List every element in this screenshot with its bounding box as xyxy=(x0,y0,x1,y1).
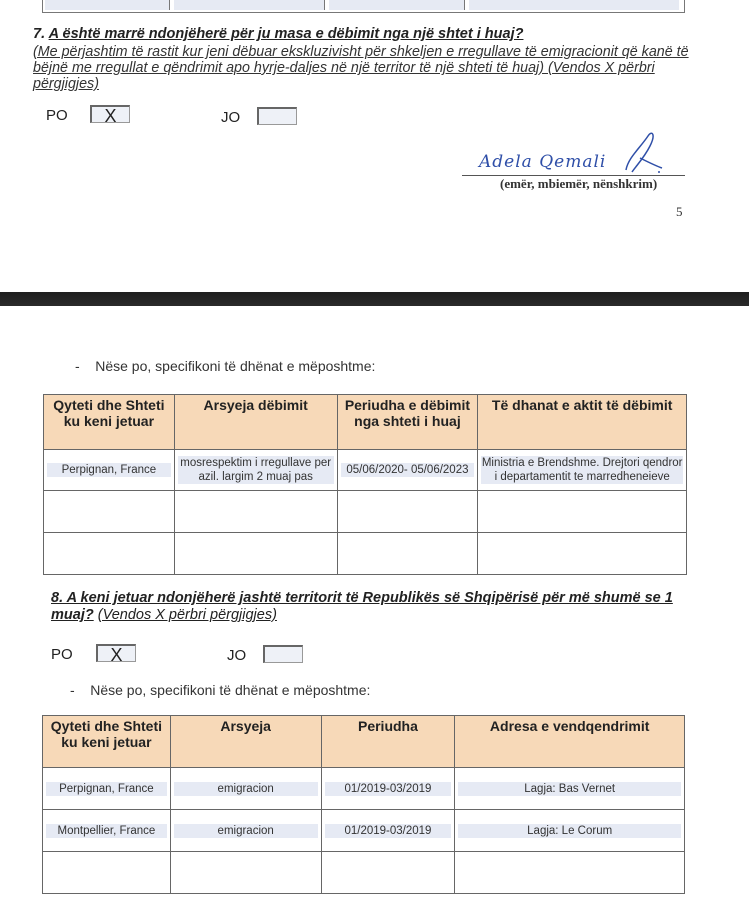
table-cell[interactable] xyxy=(44,491,175,533)
table-cell[interactable] xyxy=(321,852,455,894)
header-reason: Arsyeja xyxy=(170,716,321,768)
page-number: 5 xyxy=(676,204,683,220)
cell-text: Lagja: Bas Vernet xyxy=(458,782,681,796)
table-cell[interactable]: Lagja: Bas Vernet xyxy=(455,768,685,810)
question-7-title: 7. A është marrë ndonjëherë për ju masa … xyxy=(33,26,693,42)
q7-followup-instruction: - Nëse po, specifikoni të dhënat e mëpos… xyxy=(75,358,375,374)
cell-text: 01/2019-03/2019 xyxy=(325,782,452,796)
table-cell[interactable] xyxy=(337,491,478,533)
table-row xyxy=(43,852,685,894)
q8-checkbox-po[interactable]: X xyxy=(96,644,136,662)
q8-checkbox-jo[interactable] xyxy=(263,645,303,663)
q8-option-po-label: PO xyxy=(51,646,73,663)
cell-text: 05/06/2020- 05/06/2023 xyxy=(341,463,475,477)
header-act-details: Të dhanat e aktit të dëbimit xyxy=(478,395,687,450)
checkbox-jo[interactable] xyxy=(257,107,297,125)
table-row xyxy=(44,533,687,575)
table-cell[interactable] xyxy=(478,491,687,533)
table-cell[interactable]: 05/06/2020- 05/06/2023 xyxy=(337,450,478,491)
cell-text: Lagja: Le Corum xyxy=(458,824,681,838)
page-separator xyxy=(0,292,749,306)
bullet-dash: - xyxy=(75,358,80,374)
previous-table-remnant xyxy=(42,0,685,13)
table-cell[interactable] xyxy=(174,533,337,575)
option-po-label: PO xyxy=(46,107,68,124)
cell-text: emigracion xyxy=(174,782,318,796)
header-city-country: Qyteti dhe Shteti ku keni jetuar xyxy=(44,395,175,450)
cell-text: 01/2019-03/2019 xyxy=(325,824,452,838)
table-cell[interactable] xyxy=(44,533,175,575)
q8-followup-instruction: - Nëse po, specifikoni të dhënat e mëpos… xyxy=(70,682,370,698)
signature-caption: (emër, mbiemër, nënshkrim) xyxy=(500,176,657,192)
checkbox-po[interactable]: X xyxy=(90,105,130,123)
table-cell[interactable]: emigracion xyxy=(170,768,321,810)
question-7-number: 7. xyxy=(33,26,45,42)
table-row: Montpellier, France emigracion 01/2019-0… xyxy=(43,810,685,852)
table-cell[interactable] xyxy=(478,533,687,575)
cell-text: Perpignan, France xyxy=(47,463,171,477)
table-row: Perpignan, France mosrespektim i rregull… xyxy=(44,450,687,491)
expulsion-table: Qyteti dhe Shteti ku keni jetuar Arsyeja… xyxy=(43,394,687,575)
q8-option-jo-label: JO xyxy=(227,647,246,664)
cell-text: emigracion xyxy=(174,824,318,838)
cell-text: mosrespektim i rregullave per azil. larg… xyxy=(178,456,334,484)
table-cell[interactable]: Ministria e Brendshme. Drejtori qendror … xyxy=(478,450,687,491)
table-cell[interactable]: Perpignan, France xyxy=(43,768,171,810)
cell-text: Ministria e Brendshme. Drejtori qendror … xyxy=(481,456,683,484)
table-cell[interactable]: Lagja: Le Corum xyxy=(455,810,685,852)
table-cell[interactable] xyxy=(455,852,685,894)
header-address: Adresa e vendqendrimit xyxy=(455,716,685,768)
table-cell[interactable]: 01/2019-03/2019 xyxy=(321,768,455,810)
signature-scribble-icon xyxy=(618,128,668,178)
header-period: Periudha e dëbimit nga shteti i huaj xyxy=(337,395,478,450)
header-reason: Arsyeja dëbimit xyxy=(174,395,337,450)
table-row xyxy=(44,491,687,533)
option-jo-label: JO xyxy=(221,109,240,126)
table-cell[interactable] xyxy=(337,533,478,575)
instruction-text: Nëse po, specifikoni të dhënat e mëposht… xyxy=(95,358,375,374)
table-cell[interactable] xyxy=(170,852,321,894)
table-header-row: Qyteti dhe Shteti ku keni jetuar Arsyeja… xyxy=(43,716,685,768)
header-city-country: Qyteti dhe Shteti ku keni jetuar xyxy=(43,716,171,768)
table-header-row: Qyteti dhe Shteti ku keni jetuar Arsyeja… xyxy=(44,395,687,450)
question-8-title: 8. A keni jetuar ndonjëherë jashtë terri… xyxy=(51,590,711,624)
cell-text: Montpellier, France xyxy=(46,824,167,838)
question-7-note: (Me përjashtim të rastit kur jeni dëbuar… xyxy=(33,44,693,92)
table-cell[interactable]: 01/2019-03/2019 xyxy=(321,810,455,852)
header-period: Periudha xyxy=(321,716,455,768)
signature-handwriting: Adela Qemali xyxy=(479,152,606,172)
residence-table: Qyteti dhe Shteti ku keni jetuar Arsyeja… xyxy=(42,715,685,894)
table-cell[interactable]: Perpignan, France xyxy=(44,450,175,491)
table-cell[interactable] xyxy=(174,491,337,533)
table-cell[interactable]: Montpellier, France xyxy=(43,810,171,852)
table-cell[interactable]: mosrespektim i rregullave per azil. larg… xyxy=(174,450,337,491)
instruction-text: Nëse po, specifikoni të dhënat e mëposht… xyxy=(90,682,370,698)
question-7-text: A është marrë ndonjëherë për ju masa e d… xyxy=(49,26,524,42)
table-cell[interactable] xyxy=(43,852,171,894)
cell-text: Perpignan, France xyxy=(46,782,167,796)
table-cell[interactable]: emigracion xyxy=(170,810,321,852)
table-row: Perpignan, France emigracion 01/2019-03/… xyxy=(43,768,685,810)
question-8-note: (Vendos X përbri përgjigjes) xyxy=(98,607,277,623)
bullet-dash: - xyxy=(70,682,75,698)
